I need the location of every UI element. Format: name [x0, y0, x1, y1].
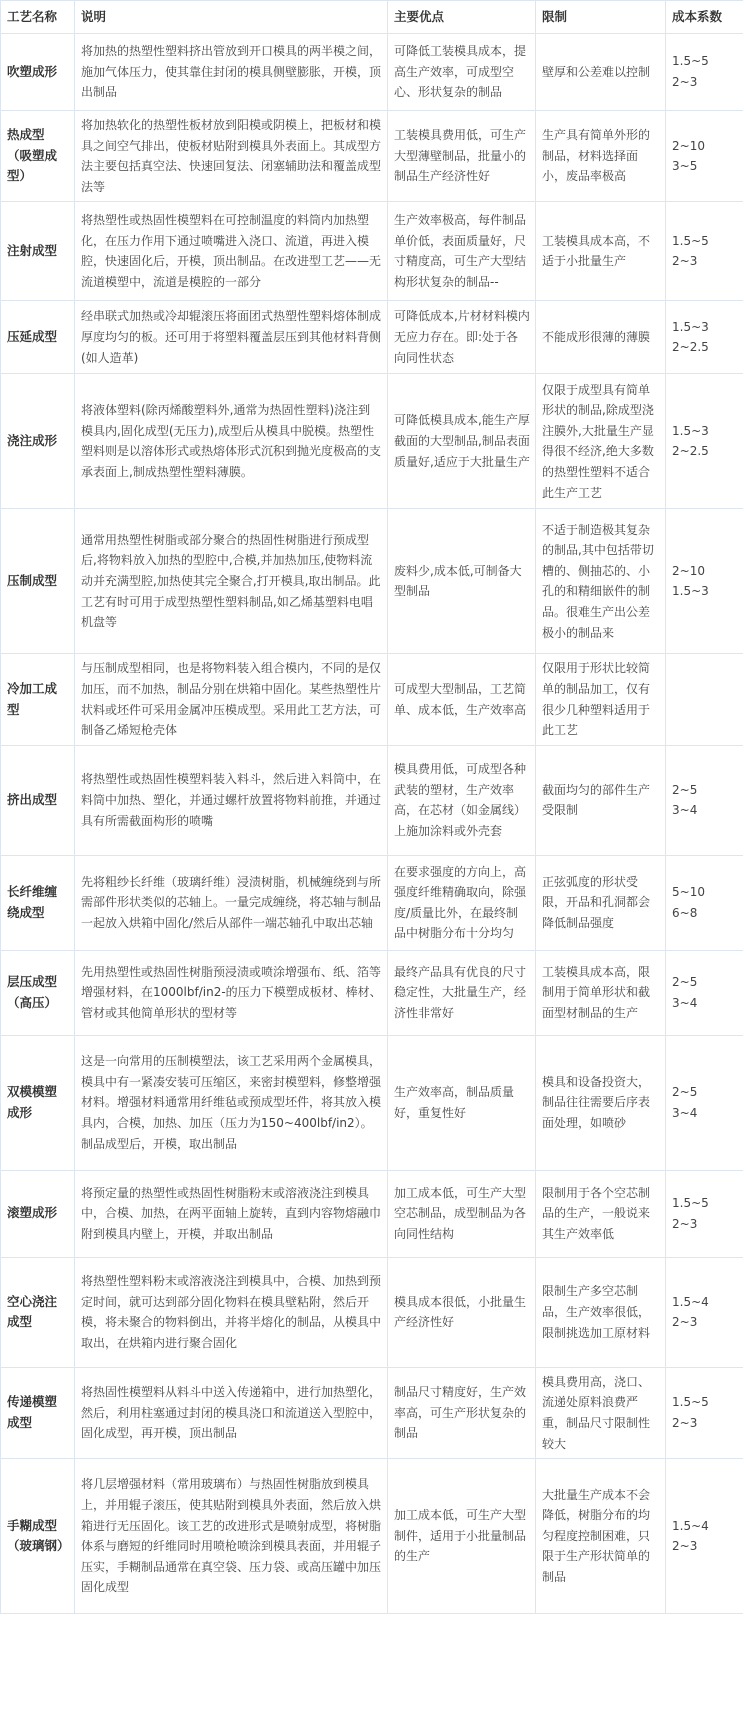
process-limitations: 截面均匀的部件生产受限制: [536, 745, 666, 855]
process-description: 将热塑性或热固性模塑料在可控制温度的料筒内加热塑化，在压力作用下通过喷嘴进入浇口…: [75, 202, 388, 301]
process-name: 手糊成型（玻璃钢）: [1, 1459, 75, 1614]
process-name: 浇注成形: [1, 374, 75, 509]
process-limitations: 大批量生产成本不会降低，树脂分布的均匀程度控制困难，只限于生产形状简单的制品: [536, 1459, 666, 1614]
table-row: 压制成型 通常用热塑性树脂或部分聚合的热固性树脂进行预成型后,将物料放入加热的型…: [1, 509, 743, 654]
process-cost-factor: 1.5~3 2~2.5: [666, 301, 743, 374]
header-description: 说明: [75, 1, 388, 34]
process-cost-factor: 5~10 6~8: [666, 855, 743, 950]
process-cost-factor: 2~5 3~4: [666, 1035, 743, 1170]
table-row: 手糊成型（玻璃钢） 将几层增强材料（常用玻璃布）与热固性树脂放到模具上，并用辊子…: [1, 1459, 743, 1614]
table-row: 挤出成型 将热塑性或热固性模塑料装入料斗，然后进入料筒中，在料筒中加热、塑化，并…: [1, 745, 743, 855]
process-name: 冷加工成型: [1, 654, 75, 745]
process-advantages: 加工成本低，可生产大型制件，适用于小批量制品的生产: [388, 1459, 536, 1614]
table-row: 长纤维缠绕成型 先将粗纱长纤维（玻璃纤维）浸渍树脂，机械缠绕到与所需部件形状类似…: [1, 855, 743, 950]
process-limitations: 模具费用高，浇口、流递处原料浪费严重，制品尺寸限制性较大: [536, 1367, 666, 1458]
process-cost-factor: 2~10 1.5~3: [666, 509, 743, 654]
process-advantages: 生产效率极高，每件制品单价低，表面质量好，尺寸精度高，可生产大型结构形状复杂的制…: [388, 202, 536, 301]
process-description: 将热固性模塑料从料斗中送入传递箱中，进行加热塑化，然后，利用柱塞通过封闭的模具浇…: [75, 1367, 388, 1458]
table-row: 空心浇注成型 将热塑性塑料粉末或溶液浇注到模具中，合模、加热到预定时间，就可达到…: [1, 1257, 743, 1367]
process-cost-factor: 2~5 3~4: [666, 950, 743, 1035]
process-limitations: 正弦弧度的形状受限，开品和孔洞都会降低制品强度: [536, 855, 666, 950]
process-limitations: 不能成形很薄的薄膜: [536, 301, 666, 374]
process-advantages: 生产效率高，制品质量好，重复性好: [388, 1035, 536, 1170]
header-limitations: 限制: [536, 1, 666, 34]
process-limitations: 生产具有简单外形的制品，材料选择面小，废品率极高: [536, 111, 666, 202]
header-cost-factor: 成本系数: [666, 1, 743, 34]
process-description: 这是一向常用的压制模塑法，该工艺采用两个金属模具，模具中有一紧凑安装可压缩区，来…: [75, 1035, 388, 1170]
process-cost-factor: 1.5~3 2~2.5: [666, 374, 743, 509]
process-name: 吹塑成形: [1, 34, 75, 111]
header-process-name: 工艺名称: [1, 1, 75, 34]
process-description: 先用热塑性或热固性树脂预浸渍或喷涂增强布、纸、箔等增强材料，在1000lbf/i…: [75, 950, 388, 1035]
process-advantages: 工装模具费用低，可生产大型薄壁制品，批量小的制品生产经济性好: [388, 111, 536, 202]
process-advantages: 废料少,成本低,可制备大型制品: [388, 509, 536, 654]
process-cost-factor: 1.5~5 2~3: [666, 1170, 743, 1257]
process-description: 将热塑性塑料粉末或溶液浇注到模具中，合模、加热到预定时间，就可达到部分固化物料在…: [75, 1257, 388, 1367]
process-description: 通常用热塑性树脂或部分聚合的热固性树脂进行预成型后,将物料放入加热的型腔中,合模…: [75, 509, 388, 654]
table-row: 浇注成形 将液体塑料(除丙烯酸塑料外,通常为热固性塑料)浇注到模具内,固化成型(…: [1, 374, 743, 509]
process-limitations: 仅限于成型具有简单形状的制品,除成型浇注膜外,大批量生产显得很不经济,绝大多数的…: [536, 374, 666, 509]
process-advantages: 模具成本很低，小批量生产经济性好: [388, 1257, 536, 1367]
process-name: 注射成型: [1, 202, 75, 301]
process-advantages: 可成型大型制品，工艺简单、成本低，生产效率高: [388, 654, 536, 745]
process-limitations: 限制生产多空芯制品，生产效率很低，限制挑选加工原材料: [536, 1257, 666, 1367]
process-name: 层压成型（高压）: [1, 950, 75, 1035]
process-advantages: 最终产品具有优良的尺寸稳定性，大批量生产，经济性非常好: [388, 950, 536, 1035]
process-description: 与压制成型相同，也是将物料装入组合模内，不同的是仅加压，而不加热，制品分别在烘箱…: [75, 654, 388, 745]
process-description: 将加热的热塑性塑料挤出管放到开口模具的两半模之间，施加气体压力，使其靠住封闭的模…: [75, 34, 388, 111]
process-advantages: 可降低模具成本,能生产厚截面的大型制品,制品表面质量好,适应于大批量生产: [388, 374, 536, 509]
process-advantages: 加工成本低，可生产大型空芯制品，成型制品为各向同性结构: [388, 1170, 536, 1257]
process-name: 压延成型: [1, 301, 75, 374]
header-advantages: 主要优点: [388, 1, 536, 34]
process-cost-factor: 2~10 3~5: [666, 111, 743, 202]
table-row: 滚塑成形 将预定量的热塑性或热固性树脂粉末或溶液浇注到模具中，合模、加热，在两平…: [1, 1170, 743, 1257]
process-description: 将预定量的热塑性或热固性树脂粉末或溶液浇注到模具中，合模、加热，在两平面轴上旋转…: [75, 1170, 388, 1257]
process-limitations: 壁厚和公差难以控制: [536, 34, 666, 111]
process-description: 将加热软化的热塑性板材放到阳模或阴模上，把板材和模具之间空气排出，使板材贴附到模…: [75, 111, 388, 202]
process-limitations: 模具和设备投资大，制品往往需要后序表面处理，如喷砂: [536, 1035, 666, 1170]
table-row: 传递模塑成型 将热固性模塑料从料斗中送入传递箱中，进行加热塑化，然后，利用柱塞通…: [1, 1367, 743, 1458]
process-cost-factor: 1.5~5 2~3: [666, 34, 743, 111]
process-advantages: 在要求强度的方向上，高强度纤维精确取向，除强度/质量比外，在最终制品中树脂分布十…: [388, 855, 536, 950]
table-row: 双模模塑成形 这是一向常用的压制模塑法，该工艺采用两个金属模具，模具中有一紧凑安…: [1, 1035, 743, 1170]
plastic-process-table: 工艺名称 说明 主要优点 限制 成本系数 吹塑成形 将加热的热塑性塑料挤出管放到…: [0, 0, 743, 1614]
table-row: 冷加工成型 与压制成型相同，也是将物料装入组合模内，不同的是仅加压，而不加热，制…: [1, 654, 743, 745]
process-name: 空心浇注成型: [1, 1257, 75, 1367]
process-description: 将几层增强材料（常用玻璃布）与热固性树脂放到模具上，并用辊子滚压，使其贴附到模具…: [75, 1459, 388, 1614]
process-advantages: 制品尺寸精度好，生产效率高，可生产形状复杂的制品: [388, 1367, 536, 1458]
process-description: 经串联式加热或冷却辊滚压将面团式热塑性塑料熔体制成厚度均匀的板。还可用于将塑料覆…: [75, 301, 388, 374]
table-row: 压延成型 经串联式加热或冷却辊滚压将面团式热塑性塑料熔体制成厚度均匀的板。还可用…: [1, 301, 743, 374]
table-row: 热成型（吸塑成型） 将加热软化的热塑性板材放到阳模或阴模上，把板材和模具之间空气…: [1, 111, 743, 202]
process-cost-factor: [666, 654, 743, 745]
process-description: 先将粗纱长纤维（玻璃纤维）浸渍树脂，机械缠绕到与所需部件形状类似的芯轴上。一量完…: [75, 855, 388, 950]
process-name: 长纤维缠绕成型: [1, 855, 75, 950]
process-advantages: 可降低工装模具成本，提高生产效率，可成型空心、形状复杂的制品: [388, 34, 536, 111]
process-cost-factor: 1.5~4 2~3: [666, 1459, 743, 1614]
process-name: 传递模塑成型: [1, 1367, 75, 1458]
process-advantages: 模具费用低，可成型各种武装的塑材，生产效率高，在芯材（如金属线）上施加涂料或外壳…: [388, 745, 536, 855]
process-cost-factor: 2~5 3~4: [666, 745, 743, 855]
table-row: 层压成型（高压） 先用热塑性或热固性树脂预浸渍或喷涂增强布、纸、箔等增强材料，在…: [1, 950, 743, 1035]
process-name: 热成型（吸塑成型）: [1, 111, 75, 202]
header-row: 工艺名称 说明 主要优点 限制 成本系数: [1, 1, 743, 34]
process-advantages: 可降低成本,片材材料模内无应力存在。即:处于各向同性状态: [388, 301, 536, 374]
table-row: 注射成型 将热塑性或热固性模塑料在可控制温度的料筒内加热塑化，在压力作用下通过喷…: [1, 202, 743, 301]
process-cost-factor: 1.5~5 2~3: [666, 1367, 743, 1458]
process-cost-factor: 1.5~4 2~3: [666, 1257, 743, 1367]
process-description: 将热塑性或热固性模塑料装入料斗，然后进入料筒中，在料筒中加热、塑化，并通过螺杆放…: [75, 745, 388, 855]
process-name: 滚塑成形: [1, 1170, 75, 1257]
process-limitations: 不适于制造极其复杂的制品,其中包括带切槽的、侧抽芯的、小孔的和精细嵌件的制品。很…: [536, 509, 666, 654]
table-row: 吹塑成形 将加热的热塑性塑料挤出管放到开口模具的两半模之间，施加气体压力，使其靠…: [1, 34, 743, 111]
process-limitations: 仅限用于形状比较简单的制品加工，仅有很少几种塑料适用于此工艺: [536, 654, 666, 745]
process-name: 压制成型: [1, 509, 75, 654]
process-description: 将液体塑料(除丙烯酸塑料外,通常为热固性塑料)浇注到模具内,固化成型(无压力),…: [75, 374, 388, 509]
process-limitations: 工装模具成本高，限制用于简单形状和截面型材制品的生产: [536, 950, 666, 1035]
process-limitations: 工装模具成本高，不适于小批量生产: [536, 202, 666, 301]
process-cost-factor: 1.5~5 2~3: [666, 202, 743, 301]
process-limitations: 限制用于各个空芯制品的生产，一般说来其生产效率低: [536, 1170, 666, 1257]
process-name: 双模模塑成形: [1, 1035, 75, 1170]
process-name: 挤出成型: [1, 745, 75, 855]
